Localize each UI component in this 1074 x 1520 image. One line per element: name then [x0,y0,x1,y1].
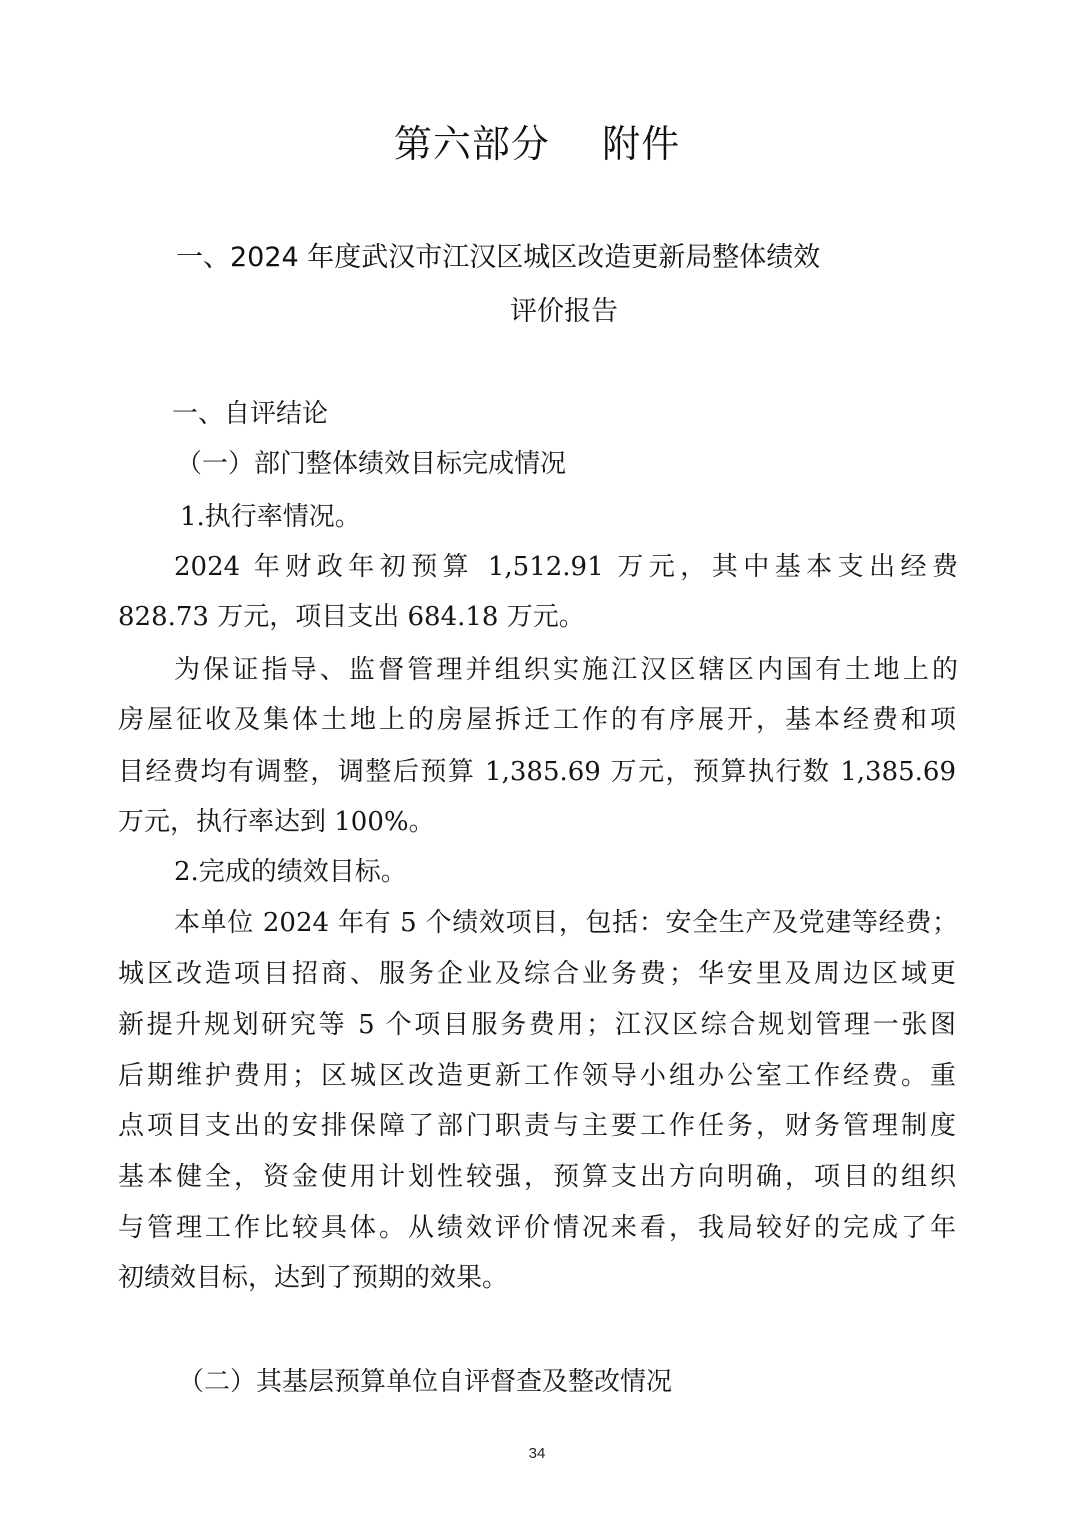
item-execution-rate: 1.执行率情况。 [180,497,361,537]
paragraph-line: 新提升规划研究等 5 个项目服务费用；江汉区综合规划管理一张图 [118,1005,956,1045]
page-number: 34 [0,1445,1074,1462]
document-page: 第六部分 附件 一、2024 年度武汉市江汉区城区改造更新局整体绩效 评价报告 … [0,0,1074,1520]
paragraph-line: 基本健全，资金使用计划性较强，预算支出方向明确，项目的组织 [118,1157,956,1197]
paragraph-line: 与管理工作比较具体。从绩效评价情况来看，我局较好的完成了年 [118,1208,956,1248]
paragraph-line: 初绩效目标，达到了预期的效果。 [118,1258,508,1298]
paragraph-line: 万元，执行率达到 100%。 [118,802,435,842]
paragraph-line: 为保证指导、监督管理并组织实施江汉区辖区内国有土地上的 [174,650,958,690]
paragraph-line: 本单位 2024 年有 5 个绩效项目，包括：安全生产及党建等经费； [174,903,958,943]
paragraph-line: 目经费均有调整，调整后预算 1,385.69 万元，预算执行数 1,385.69 [118,752,956,792]
paragraph-line: 城区改造项目招商、服务企业及综合业务费；华安里及周边区域更 [118,954,956,994]
paragraph-line: 点项目支出的安排保障了部门职责与主要工作任务，财务管理制度 [118,1106,956,1146]
report-title-line-2: 评价报告 [510,292,618,332]
section-heading-self-evaluation: 一、自评结论 [172,394,328,434]
subheading-grassroots-review: （二）其基层预算单位自评督查及整改情况 [178,1362,672,1402]
paragraph-line: 房屋征收及集体土地上的房屋拆迁工作的有序展开，基本经费和项 [118,700,956,740]
part-title: 第六部分 附件 [0,118,1074,170]
item-completed-goals: 2.完成的绩效目标。 [174,852,407,892]
subheading-performance-goals: （一）部门整体绩效目标完成情况 [176,444,566,484]
paragraph-line: 828.73 万元，项目支出 684.18 万元。 [118,597,585,637]
report-title-line-1: 一、2024 年度武汉市江汉区城区改造更新局整体绩效 [176,238,820,278]
paragraph-line: 2024 年财政年初预算 1,512.91 万元，其中基本支出经费 [174,547,958,587]
paragraph-line: 后期维护费用；区城区改造更新工作领导小组办公室工作经费。重 [118,1056,956,1096]
